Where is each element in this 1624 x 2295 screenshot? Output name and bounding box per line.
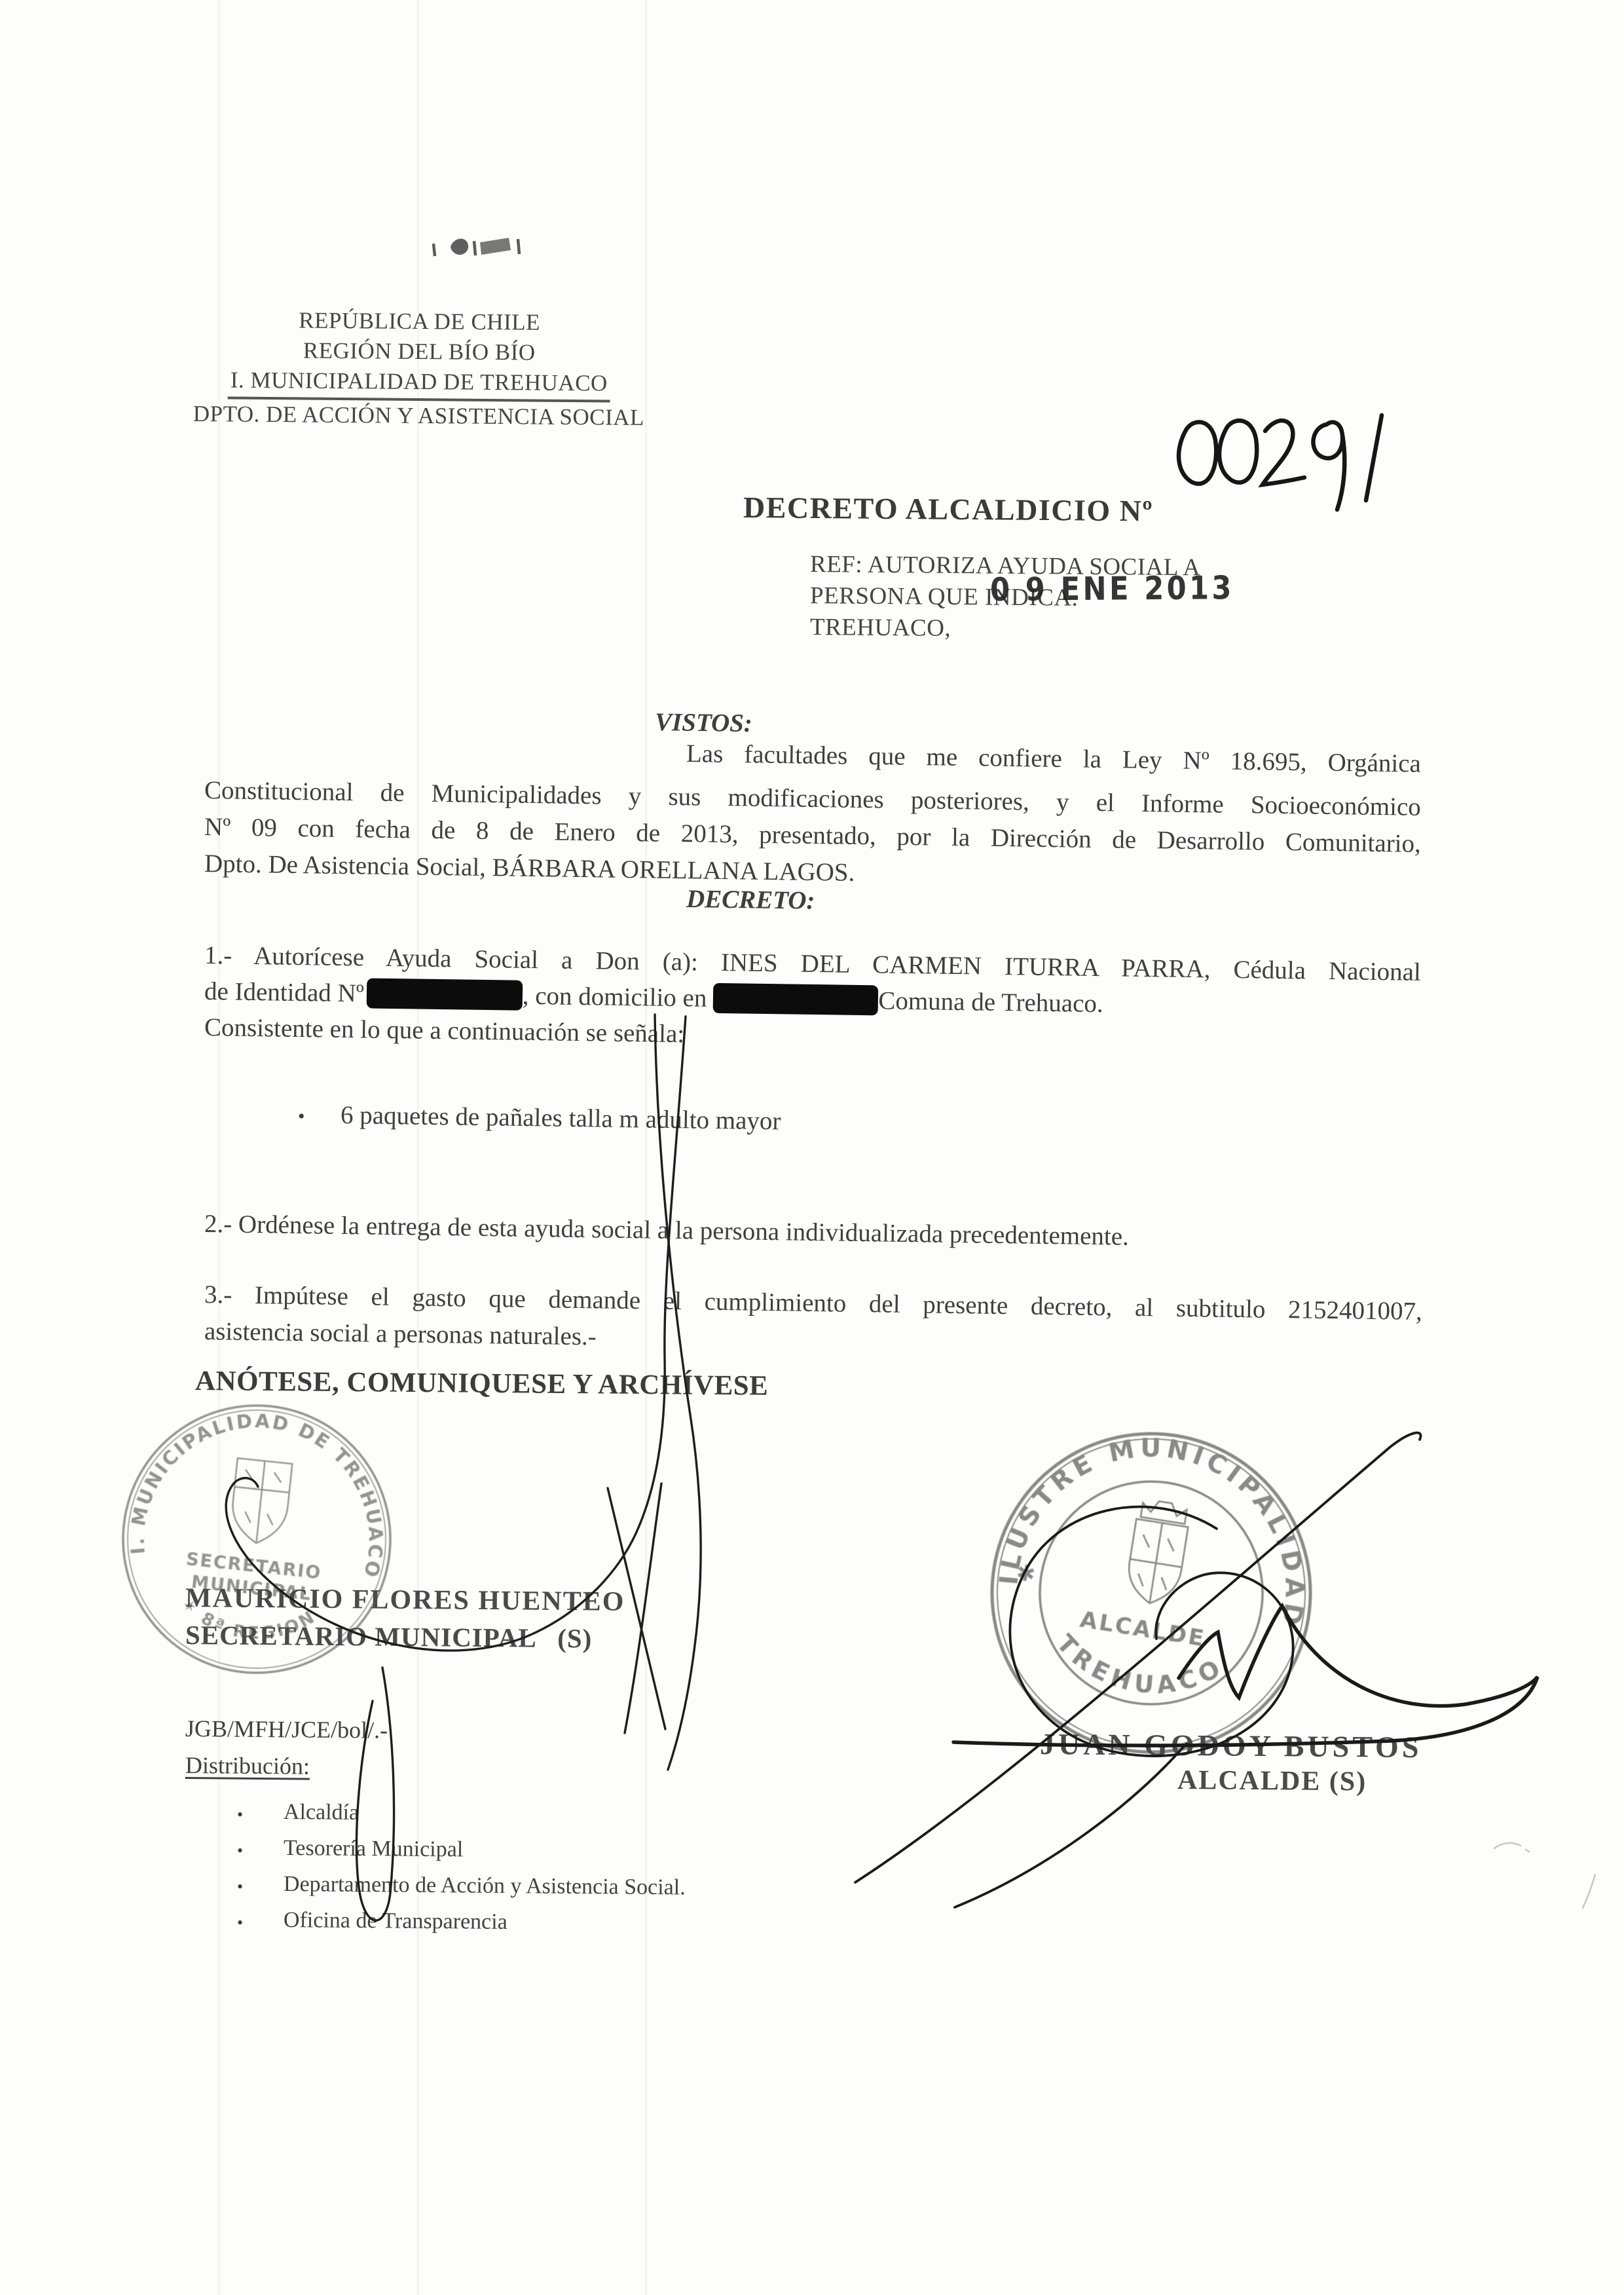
handwritten-decree-number bbox=[1179, 415, 1382, 510]
mayor-role: ALCALDE (S) bbox=[1177, 1764, 1367, 1798]
mayor-name: JUAN GODOY BUSTOS bbox=[1040, 1726, 1422, 1764]
item1-line-2: de Identidad Nº, con domicilio enComuna … bbox=[204, 976, 1103, 1018]
scan-fold-line bbox=[645, 0, 647, 2295]
bullet-icon: • bbox=[237, 1913, 243, 1933]
distribution-item-1: Alcaldía bbox=[284, 1800, 359, 1825]
bullet-icon: • bbox=[237, 1805, 243, 1825]
bullet-icon: • bbox=[237, 1841, 243, 1861]
secretary-stamp-ring-text: I. MUNICIPALIDAD DE TREHUACO bbox=[124, 1400, 396, 1582]
closing-formula: ANÓTESE, COMUNIQUESE Y ARCHÍVESE bbox=[195, 1365, 769, 1402]
scanned-decree-page: REPÚBLICA DE CHILE REGIÓN DEL BÍO BÍO I.… bbox=[0, 0, 1624, 2295]
svg-text:I. MUNICIPALIDAD DE TREHUACO: I. MUNICIPALIDAD DE TREHUACO bbox=[124, 1400, 396, 1582]
distribution-item-3: Departamento de Acción y Asistencia Soci… bbox=[284, 1872, 686, 1900]
item1-line2-text-a: de Identidad Nº bbox=[204, 977, 364, 1008]
secretary-name: MAURICIO FLORES HUENTEO bbox=[185, 1582, 625, 1618]
item1-line-3: Consistente en lo que a continuación se … bbox=[204, 1013, 685, 1049]
item1-line2-text-c: Comuna de Trehuaco. bbox=[878, 986, 1103, 1018]
mayor-stamp-coat-of-arms bbox=[1124, 1498, 1191, 1607]
item3-line-2: asistencia social a personas naturales.- bbox=[204, 1316, 597, 1351]
bullet-icon: • bbox=[237, 1877, 243, 1897]
distribution-item-2: Tesorería Municipal bbox=[284, 1836, 464, 1862]
redaction-bar bbox=[367, 978, 523, 1010]
decree-title: DECRETO ALCALDICIO Nº bbox=[743, 490, 1154, 528]
vistos-line-4: Dpto. De Asistencia Social, BÁRBARA OREL… bbox=[204, 849, 855, 887]
letterhead-department: DPTO. DE ACCIÓN Y ASISTENCIA SOCIAL bbox=[193, 399, 644, 433]
item2-line: 2.- Ordénese la entrega de esta ayuda so… bbox=[204, 1209, 1129, 1252]
bullet-item-text: 6 paquetes de pañales talla m adulto may… bbox=[341, 1100, 781, 1136]
reference-line-3: TREHUACO, bbox=[810, 613, 951, 643]
redaction-bar bbox=[713, 983, 879, 1016]
mayor-seal-stamp: ILUSTRE MUNICIPALIDAD TREHUACO ✱ ALCALDE bbox=[987, 1429, 1315, 1757]
vistos-line-1: Las facultades que me confiere la Ley Nº… bbox=[686, 739, 1422, 779]
decreto-label: DECRETO: bbox=[686, 884, 815, 916]
letterhead-region: REGIÓN DEL BÍO BÍO bbox=[193, 335, 645, 369]
stray-pen-marks bbox=[1494, 1843, 1595, 1908]
mayor-stamp-center-text: ALCALDE bbox=[1079, 1607, 1208, 1652]
vistos-label: VISTOS: bbox=[655, 707, 752, 738]
handwritten-decree-number-value: 0029 / bbox=[1179, 421, 1344, 494]
letterhead-country: REPÚBLICA DE CHILE bbox=[193, 305, 645, 339]
letterhead: REPÚBLICA DE CHILE REGIÓN DEL BÍO BÍO I.… bbox=[193, 305, 646, 433]
secretary-role: SECRETARIO MUNICIPAL (S) bbox=[185, 1619, 593, 1654]
bullet-icon: • bbox=[298, 1106, 305, 1128]
top-smudge-mark bbox=[434, 238, 519, 256]
letterhead-municipality: I. MUNICIPALIDAD DE TREHUACO bbox=[228, 365, 610, 402]
distribution-label: Distribución: bbox=[185, 1751, 310, 1780]
responsibility-initials: JGB/MFH/JCE/bol/.- bbox=[185, 1715, 388, 1744]
secretary-stamp-coat-of-arms bbox=[229, 1458, 293, 1546]
mayor-stamp-star: ✱ bbox=[1014, 1559, 1037, 1588]
distribution-item-4: Oficina de Transparencia bbox=[284, 1908, 507, 1935]
date-ink-stamp: 0 9 ENE 2013 bbox=[990, 569, 1234, 608]
item1-line2-text-b: , con domicilio en bbox=[522, 980, 707, 1013]
